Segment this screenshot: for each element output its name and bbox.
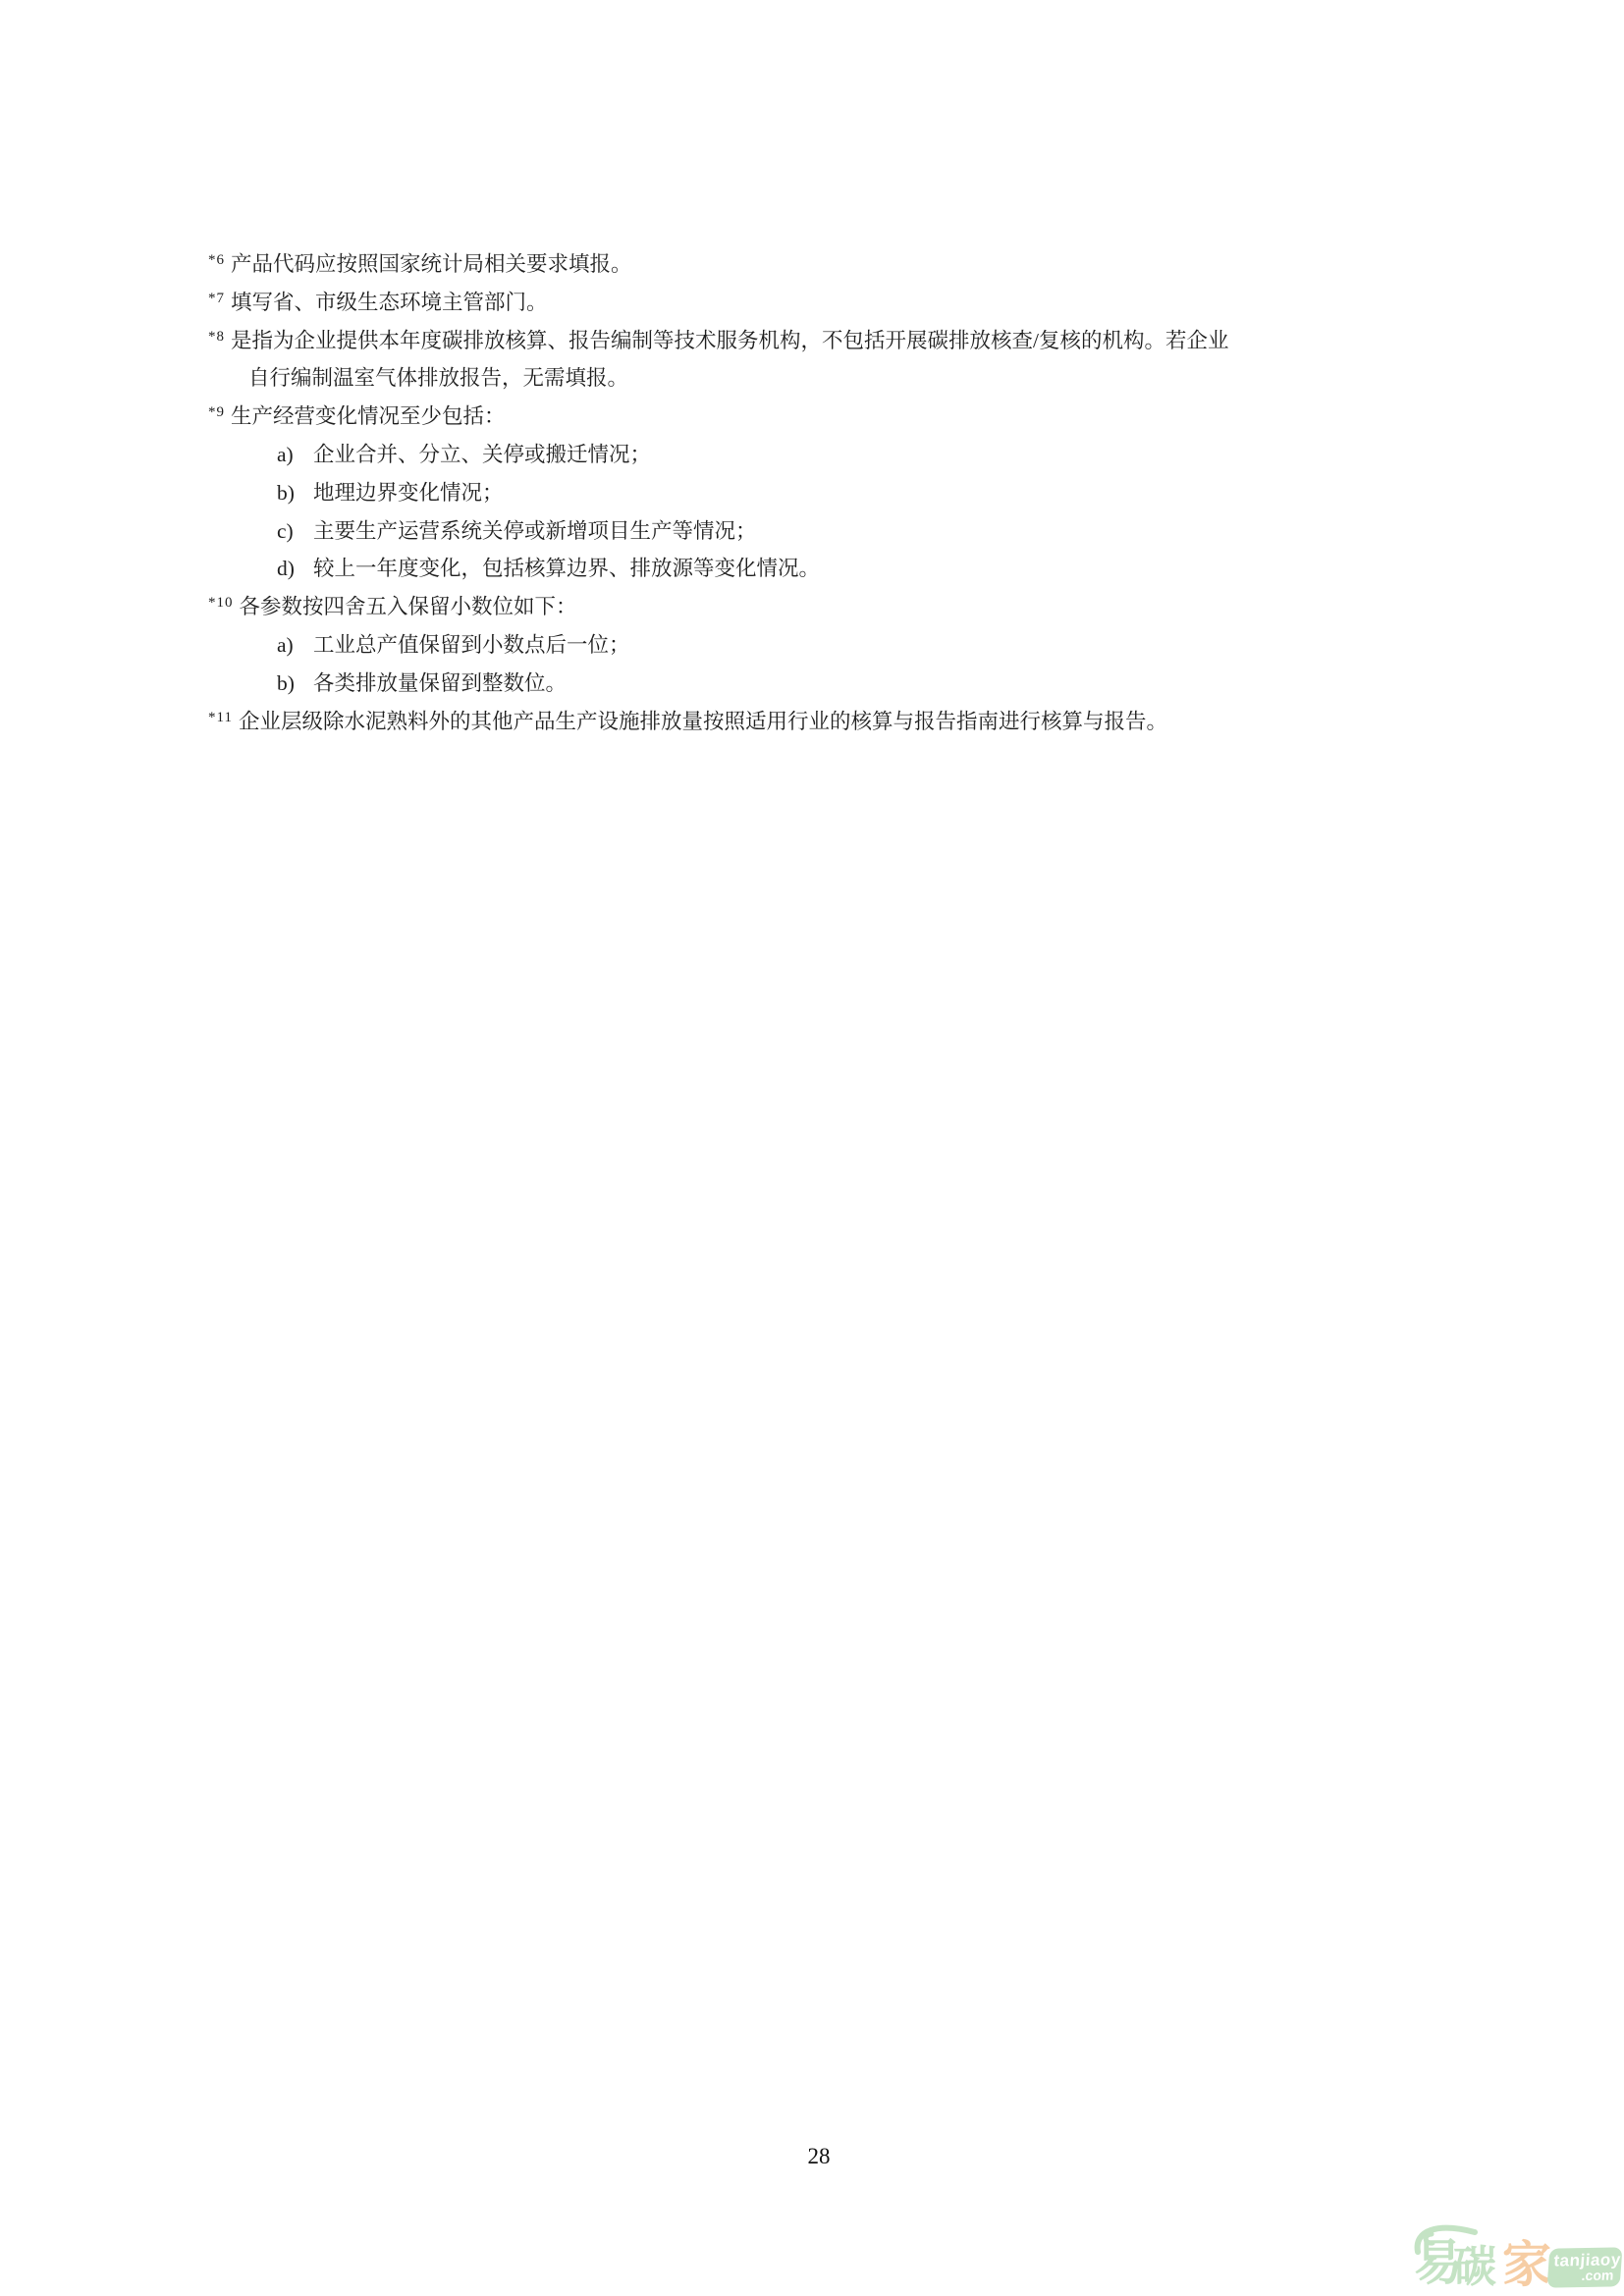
footnote-text: 生产经营变化情况至少包括： <box>231 404 506 428</box>
footnote-list-item: a)企业合并、分立、关停或搬迁情况； <box>277 436 1273 474</box>
list-item-text: 工业总产值保留到小数点后一位； <box>313 633 630 657</box>
footnote-first-line: *10各参数按四舍五入保留小数位如下： <box>208 588 1273 626</box>
footnote: *11企业层级除水泥熟料外的其他产品生产设施排放量按照适用行业的核算与报告指南进… <box>208 703 1273 741</box>
footnote-marker: *9 <box>208 404 225 420</box>
footnote-marker: *8 <box>208 329 225 345</box>
list-item-text: 主要生产运营系统关停或新增项目生产等情况； <box>313 519 757 543</box>
footnote: *8是指为企业提供本年度碳排放核算、报告编制等技术服务机构，不包括开展碳排放核查… <box>208 322 1273 399</box>
footnote-list-item: b)地理边界变化情况； <box>277 474 1273 512</box>
footnote-first-line: *9生产经营变化情况至少包括： <box>208 398 1273 436</box>
watermark-char-jia: 家 <box>1502 2240 1551 2289</box>
footnote-continuation-line: 自行编制温室气体排放报告，无需填报。 <box>248 359 1273 398</box>
list-item-text: 较上一年度变化，包括核算边界、排放源等变化情况。 <box>313 557 820 580</box>
footnote-marker: *7 <box>208 291 225 306</box>
footnote-text: 各参数按四舍五入保留小数位如下： <box>240 595 577 618</box>
footnote-text: 填写省、市级生态环境主管部门。 <box>231 291 548 314</box>
watermark-domain-badge: tanjiaoyi .com <box>1547 2247 1623 2287</box>
list-item-text: 地理边界变化情况； <box>313 481 504 505</box>
footnote-first-line: *11企业层级除水泥熟料外的其他产品生产设施排放量按照适用行业的核算与报告指南进… <box>208 703 1273 741</box>
list-item-label: d) <box>277 550 313 588</box>
watermark-logo: 易 碳 家 tanjiaoyi .com <box>1412 2222 1624 2296</box>
footnote: *9生产经营变化情况至少包括：a)企业合并、分立、关停或搬迁情况；b)地理边界变… <box>208 398 1273 588</box>
footnote-first-line: *8是指为企业提供本年度碳排放核算、报告编制等技术服务机构，不包括开展碳排放核查… <box>208 322 1273 360</box>
watermark-char-tan: 碳 <box>1453 2246 1496 2289</box>
list-item-label: b) <box>277 474 313 512</box>
footnote-marker: *6 <box>208 252 225 268</box>
list-item-label: a) <box>277 626 313 665</box>
footnote-text: 企业层级除水泥熟料外的其他产品生产设施排放量按照适用行业的核算与报告指南进行核算… <box>239 710 1167 733</box>
footnote-first-line: *6产品代码应按照国家统计局相关要求填报。 <box>208 245 1273 284</box>
document-page: *6产品代码应按照国家统计局相关要求填报。*7填写省、市级生态环境主管部门。*8… <box>0 0 1624 2296</box>
footnote-first-line: *7填写省、市级生态环境主管部门。 <box>208 284 1273 322</box>
footnote-list-item: c)主要生产运营系统关停或新增项目生产等情况； <box>277 512 1273 551</box>
footnote-list-item: d)较上一年度变化，包括核算边界、排放源等变化情况。 <box>277 550 1273 588</box>
footnote-text: 产品代码应按照国家统计局相关要求填报。 <box>231 252 632 276</box>
footnote: *6产品代码应按照国家统计局相关要求填报。 <box>208 245 1273 284</box>
list-item-text: 各类排放量保留到整数位。 <box>313 671 567 695</box>
footnote-list-item: b)各类排放量保留到整数位。 <box>277 665 1273 703</box>
footnote-text: 自行编制温室气体排放报告，无需填报。 <box>248 366 628 390</box>
list-item-label: b) <box>277 665 313 703</box>
footnotes-section: *6产品代码应按照国家统计局相关要求填报。*7填写省、市级生态环境主管部门。*8… <box>208 245 1273 740</box>
footnote-list-item: a)工业总产值保留到小数点后一位； <box>277 626 1273 665</box>
footnote-marker: *10 <box>208 595 234 611</box>
watermark-domain-tld: .com <box>1552 2268 1614 2283</box>
footnote-text: 是指为企业提供本年度碳排放核算、报告编制等技术服务机构，不包括开展碳排放核查/复… <box>231 329 1228 352</box>
list-item-label: c) <box>277 512 313 551</box>
page-number: 28 <box>0 2144 1624 2169</box>
footnote-marker: *11 <box>208 710 233 725</box>
list-item-label: a) <box>277 436 313 474</box>
footnote: *10各参数按四舍五入保留小数位如下：a)工业总产值保留到小数点后一位；b)各类… <box>208 588 1273 702</box>
footnote: *7填写省、市级生态环境主管部门。 <box>208 284 1273 322</box>
list-item-text: 企业合并、分立、关停或搬迁情况； <box>313 443 651 466</box>
